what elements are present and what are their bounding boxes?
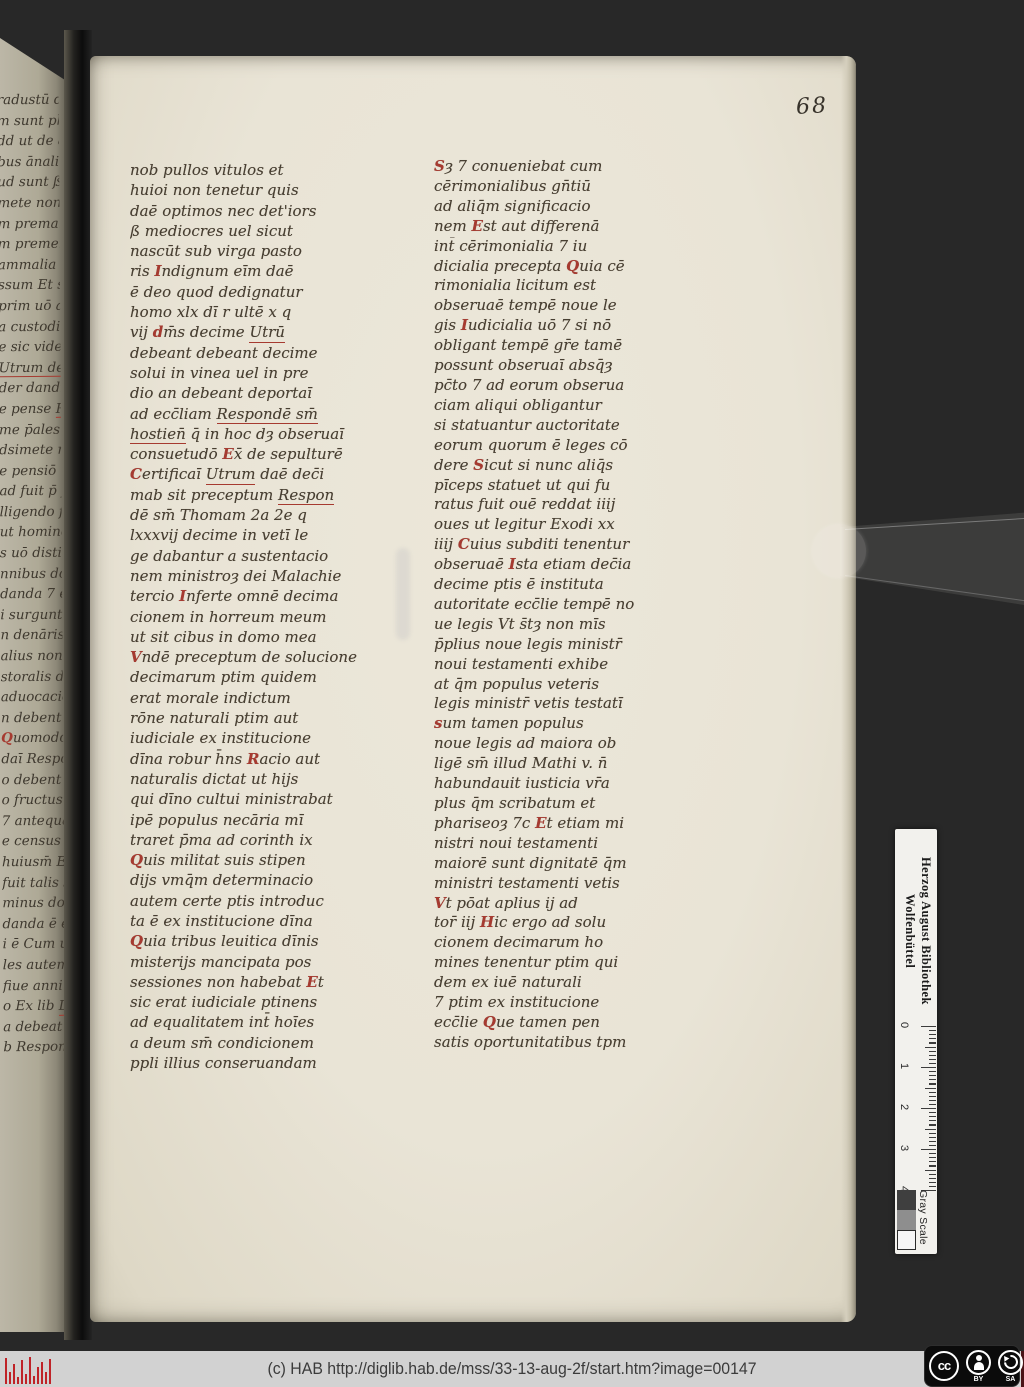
manuscript-line: ue legis Vt s̄tȝ non mīs xyxy=(434,615,714,635)
manuscript-line: hostien̄ q̄ in hoc dȝ obseruaī xyxy=(130,424,420,444)
manuscript-line: Utrum de de xyxy=(0,358,61,379)
manuscript-line: oues ut legitur Exodi xx xyxy=(434,515,714,535)
manuscript-line: s uō distinguid xyxy=(0,543,62,564)
manuscript-line: ut homines & p̄ xyxy=(0,522,62,543)
ruler-tick xyxy=(929,1157,936,1158)
cc-by-group: BY xyxy=(966,1350,991,1383)
manuscript-line: nem Est aut differenā xyxy=(434,217,714,237)
library-name-line2: Wolfenbüttel xyxy=(902,837,918,1025)
manuscript-line: ammalia ac ē xyxy=(0,255,60,276)
previous-page-edge: radustū delim sunt phalebdd ut de agnis … xyxy=(0,38,64,1332)
registration-bar xyxy=(41,1362,43,1384)
manuscript-line: m prementī xyxy=(0,234,60,255)
manuscript-line: ge dabantur a sustentacio xyxy=(130,546,420,566)
manuscript-line: fiue anni ac q̄ xyxy=(3,975,65,996)
manuscript-line: possunt obseruaī absq̄ȝ xyxy=(434,356,714,376)
manuscript-line: Sȝ 7 conueniebat cum xyxy=(434,157,714,177)
ruler-tick xyxy=(929,1034,936,1035)
page-holder-strip xyxy=(840,510,1024,642)
ruler-tick xyxy=(929,1186,936,1187)
registration-bar xyxy=(45,1372,47,1384)
registration-bar xyxy=(29,1357,31,1384)
manuscript-line: ratus fuit ouē reddat iiij xyxy=(434,495,714,515)
page-holder-tip xyxy=(812,524,866,578)
manuscript-line: ssum Et sic fue xyxy=(0,275,60,296)
book-gutter xyxy=(64,30,92,1340)
manuscript-line: i surgunt q̄a xyxy=(0,605,62,626)
manuscript-line: i ē Cum uensis xyxy=(3,934,65,955)
copyright-url-text: (c) HAB http://diglib.hab.de/mss/33-13-a… xyxy=(20,1351,1003,1387)
manuscript-line: daī Respondetur xyxy=(1,749,63,770)
library-name-label: Herzog August Bibliothek Wolfenbüttel xyxy=(898,837,934,1025)
manuscript-line: ta ē ex institucione dīna xyxy=(130,911,420,931)
manuscript-line: p̄plius noue legis ministr̄ xyxy=(434,635,714,655)
ruler-tick xyxy=(929,1145,936,1146)
manuscript-line: decime ptis ē instituta xyxy=(434,575,714,595)
ruler-tick xyxy=(929,1133,936,1134)
ruler-tick xyxy=(929,1079,936,1080)
manuscript-line: Vt pōat aplius ij ad xyxy=(434,894,714,914)
manuscript-line: les autem p̄nt xyxy=(3,955,65,976)
ruler-number: 2 xyxy=(898,1104,910,1110)
ruler-tick xyxy=(929,1182,936,1183)
manuscript-line: Quia tribus leuitica dīnis xyxy=(130,931,420,951)
manuscript-line: alius non dē xyxy=(1,646,63,667)
ruler-tick xyxy=(929,1141,936,1142)
manuscript-line: 7 antequam nd xyxy=(2,811,64,832)
manuscript-line: ad ecc̄liam Respondē sm̄ xyxy=(130,404,420,424)
ruler-scale: 01234 xyxy=(895,1026,937,1194)
manuscript-line: 7 ptim ex institucione xyxy=(434,993,714,1013)
manuscript-line: rōne naturali ptim aut xyxy=(130,708,420,728)
ruler-tick xyxy=(921,1149,936,1150)
manuscript-line: storalis de luto xyxy=(1,666,63,687)
manuscript-line: huiusm̄ Et si p̄m xyxy=(2,852,64,873)
manuscript-line: debeant debeant decime xyxy=(130,343,420,363)
manuscript-line: der dandis pū xyxy=(0,378,61,399)
manuscript-line: obseruaē tempē noue le xyxy=(434,296,714,316)
ruler-tick xyxy=(929,1153,936,1154)
ruler-tick xyxy=(929,1112,936,1113)
cc-sa-group: SA xyxy=(998,1350,1023,1383)
ruler-tick xyxy=(929,1071,936,1072)
manuscript-line: vij dm̄s decime Utrū xyxy=(130,322,420,342)
manuscript-line: consuetudō Ex̄ de sepulturē xyxy=(130,444,420,464)
ruler-tick xyxy=(929,1063,936,1064)
manuscript-line: ad aliq̄m significacio xyxy=(434,197,714,217)
ruler-tick xyxy=(929,1124,936,1125)
manuscript-line: ministri testamenti vetis xyxy=(434,874,714,894)
manuscript-line: a custodia psone xyxy=(0,316,60,337)
manuscript-line: habundauit iusticia vr̄a xyxy=(434,774,714,794)
manuscript-line: ppli illius conseruandam xyxy=(130,1053,420,1073)
ruler-tick xyxy=(929,1083,936,1084)
ruler-number: 0 xyxy=(898,1022,910,1028)
manuscript-line: tor̄ iij Hic ergo ad solu xyxy=(434,913,714,933)
ruler-tick xyxy=(921,1067,936,1068)
manuscript-line: ad equalitatem int̄ hoīes xyxy=(130,1012,420,1032)
folio-number: 68 xyxy=(795,93,828,120)
ruler-number: 1 xyxy=(898,1063,910,1069)
registration-bar xyxy=(17,1377,19,1384)
manuscript-line: iudiciale ex institucione xyxy=(130,728,420,748)
manuscript-line: huioi non tenetur quis xyxy=(130,180,420,200)
manuscript-line: o fructus prop xyxy=(2,790,64,811)
registration-bar xyxy=(21,1360,23,1384)
ruler-tick xyxy=(925,1129,936,1130)
manuscript-line: minus dom̄ina xyxy=(2,893,64,914)
manuscript-line: lxxxvij decime in vetī le xyxy=(130,525,420,545)
ruler-tick xyxy=(929,1104,936,1105)
manuscript-line: bus ānalia de xyxy=(0,152,59,173)
manuscript-line: traret p̄ma ad corinth ix xyxy=(130,830,420,850)
registration-bar xyxy=(33,1376,35,1384)
manuscript-line: prim uō a pp xyxy=(0,296,60,317)
manuscript-line: b Respondenē ē xyxy=(3,1037,65,1058)
gray-swatch xyxy=(897,1230,916,1250)
manuscript-line: iiij Cuius subditi tenentur xyxy=(434,535,714,555)
ruler-tick xyxy=(925,1170,936,1171)
registration-bar xyxy=(25,1374,27,1384)
share-alike-arrow-icon xyxy=(998,1350,1023,1375)
registration-bar xyxy=(13,1364,15,1384)
manuscript-line: gis Iudicialia uō 7 si nō xyxy=(434,316,714,336)
manuscript-line: me p̄ales deȝ xyxy=(0,419,61,440)
manuscript-line: ciam aliqui obligantur xyxy=(434,396,714,416)
ruler-tick xyxy=(929,1055,936,1056)
manuscript-line: misterijs mancipata pos xyxy=(130,952,420,972)
ruler-tick xyxy=(929,1116,936,1117)
cc-license-badge: cc BY SA xyxy=(924,1345,1020,1387)
manuscript-line: nnibus dc̄ia xyxy=(0,563,62,584)
ruler-tick xyxy=(929,1120,936,1121)
manuscript-line: n debent ex pos xyxy=(1,708,63,729)
manuscript-line: aduocacionis sm̄ xyxy=(1,687,63,708)
ruler-tick xyxy=(929,1096,936,1097)
registration-bar xyxy=(5,1358,7,1384)
gray-swatch xyxy=(897,1190,916,1210)
registration-bar xyxy=(37,1367,39,1384)
manuscript-line: eorum quorum ē leges cō xyxy=(434,436,714,456)
manuscript-line: obligant tempē gr̄e tamē xyxy=(434,336,714,356)
manuscript-line: sic erat iudiciale ptinens xyxy=(130,992,420,1012)
manuscript-line: dijs vmq̄m determinacio xyxy=(130,870,420,890)
registration-mark xyxy=(5,1354,51,1384)
manuscript-line: cērimonialibus gn̄tiū xyxy=(434,177,714,197)
manuscript-line: phariseoȝ 7c Et etiam mi xyxy=(434,814,714,834)
color-ruler-card: Herzog August Bibliothek Wolfenbüttel 01… xyxy=(895,829,937,1254)
manuscript-line: dsimete non dē xyxy=(0,440,61,461)
manuscript-line: o Ex lib Dec̄ xyxy=(3,996,65,1017)
manuscript-line: nob pullos vitulos et xyxy=(130,160,420,180)
by-label: BY xyxy=(974,1376,984,1383)
attribution-person-icon xyxy=(966,1350,991,1375)
manuscript-line: dē sm̄ Thomam 2a 2e q xyxy=(130,505,420,525)
manuscript-line: int̄ cērimonialia 7 iu xyxy=(434,237,714,257)
manuscript-line: dere Sicut si nunc aliq̄s xyxy=(434,456,714,476)
manuscript-line: ipē populus necāria mī xyxy=(130,810,420,830)
page-edge-stack xyxy=(841,56,856,1322)
manuscript-line: e sic videmur ē xyxy=(0,337,60,358)
manuscript-line: ut sit cibus in domo mea xyxy=(130,627,420,647)
manuscript-line: Vndē preceptum de solucione xyxy=(130,647,420,667)
text-column-right: Sȝ 7 conueniebat cumcērimonialibus gn̄ti… xyxy=(434,157,714,1053)
manuscript-line: autoritate ecc̄lie tempē no xyxy=(434,595,714,615)
manuscript-line: mab sit preceptum Respon xyxy=(130,485,420,505)
manuscript-line: tercio Inferte omnē decima xyxy=(130,586,420,606)
ruler-tick xyxy=(929,1051,936,1052)
manuscript-line: lligendo fit ē xyxy=(0,502,62,523)
manuscript-line: nistri noui testamenti xyxy=(434,834,714,854)
manuscript-line: autem certe ptis introduc xyxy=(130,891,420,911)
manuscript-line: o debent daī sm̄ xyxy=(1,769,63,790)
manuscript-line: pc̄to 7 ad eorum obserua xyxy=(434,376,714,396)
manuscript-line: mete non q̄m xyxy=(0,193,59,214)
registration-bar xyxy=(9,1372,11,1384)
ruler-tick xyxy=(929,1092,936,1093)
manuscript-line: ris Indignum eīm daē xyxy=(130,261,420,281)
manuscript-line: solui in vinea uel in pre xyxy=(130,363,420,383)
ruler-tick xyxy=(929,1174,936,1175)
ruler-tick xyxy=(929,1165,936,1166)
manuscript-line: e pense Respon xyxy=(0,399,61,420)
ruler-tick xyxy=(929,1042,936,1043)
ruler-number: 3 xyxy=(898,1145,910,1151)
manuscript-line: ecc̄lie Que tamen pen xyxy=(434,1013,714,1033)
manuscript-line: Certificaī Utrum daē dec̄i xyxy=(130,464,420,484)
manuscript-line: cionem decimarum ho xyxy=(434,933,714,953)
manuscript-line: dio an debeant deportaī xyxy=(130,383,420,403)
ruler-tick xyxy=(921,1108,936,1109)
manuscript-line: danda 7 ē q̄ xyxy=(0,584,62,605)
manuscript-line: legis ministr̄ vetis testatī xyxy=(434,694,714,714)
manuscript-line: plus q̄m scribatum et xyxy=(434,794,714,814)
scan-viewport: radustū delim sunt phalebdd ut de agnis … xyxy=(0,0,1024,1387)
manuscript-line: e census uel tbī xyxy=(2,831,64,852)
registration-bar xyxy=(49,1359,51,1384)
manuscript-line: a debeat daī p̄ xyxy=(3,1016,65,1037)
ruler-tick xyxy=(929,1178,936,1179)
manuscript-line: a deum sm̄ condicionem xyxy=(130,1033,420,1053)
manuscript-line: ligē sm̄ illud Mathi v. n̄ xyxy=(434,754,714,774)
manuscript-line: Quis militat suis stipen xyxy=(130,850,420,870)
cc-logo-icon: cc xyxy=(929,1351,959,1381)
manuscript-line: sum tamen populus xyxy=(434,714,714,734)
manuscript-line: pīceps statuet ut qui fu xyxy=(434,476,714,496)
manuscript-line: satis oportunitatibus tpm xyxy=(434,1033,714,1053)
ruler-tick xyxy=(929,1161,936,1162)
manuscript-line: rimonialia licitum est xyxy=(434,276,714,296)
manuscript-line: obseruaē Ista etiam dec̄ia xyxy=(434,555,714,575)
manuscript-line: maiorē sunt dignitatē q̄m xyxy=(434,854,714,874)
manuscript-line: radustū deli xyxy=(0,90,59,111)
ruler-tick xyxy=(929,1038,936,1039)
ruler-tick xyxy=(929,1100,936,1101)
manuscript-line: e pensiō nec eū xyxy=(0,460,61,481)
manuscript-line: danda ē et ē t̄m xyxy=(2,914,64,935)
manuscript-line: dicialia precepta Quia cē xyxy=(434,257,714,277)
manuscript-line: cionem in horreum meum xyxy=(130,607,420,627)
ruler-tick xyxy=(929,1075,936,1076)
gray-scale-label: Gray Scale xyxy=(917,1190,929,1252)
manuscript-line: at q̄m populus veteris xyxy=(434,675,714,695)
manuscript-line: fuit talis s̄piam xyxy=(2,872,64,893)
manuscript-line: noue legis ad maiora ob xyxy=(434,734,714,754)
ruler-tick xyxy=(925,1047,936,1048)
manuscript-line: daē optimos nec det'iors xyxy=(130,201,420,221)
manuscript-line: mines tenentur ptim qui xyxy=(434,953,714,973)
manuscript-line: ē deo quod dedignatur xyxy=(130,282,420,302)
ruler-tick xyxy=(929,1137,936,1138)
manuscript-line: ß mediocres uel sicut xyxy=(130,221,420,241)
manuscript-line: naturalis dictat ut hijs xyxy=(130,769,420,789)
manuscript-line: nem ministroȝ dei Malachie xyxy=(130,566,420,586)
manuscript-line: dem ex iuē naturali xyxy=(434,973,714,993)
manuscript-line: m premant ß xyxy=(0,213,60,234)
manuscript-line: noui testamenti exhibe xyxy=(434,655,714,675)
manuscript-line: sessiones non habebat Et xyxy=(130,972,420,992)
manuscript-line: Quomodo debent xyxy=(1,728,63,749)
sa-label: SA xyxy=(1006,1376,1016,1383)
manuscript-line: ud sunt ß ß hi xyxy=(0,172,59,193)
gray-scale-patch: Gray Scale xyxy=(897,1190,935,1252)
ruler-tick xyxy=(921,1026,936,1027)
manuscript-line: decimarum ptim quidem xyxy=(130,667,420,687)
ruler-tick xyxy=(929,1030,936,1031)
library-name-line1: Herzog August Bibliothek xyxy=(918,837,934,1025)
previous-page-text-fragments: radustū delim sunt phalebdd ut de agnis … xyxy=(0,90,65,1058)
text-column-left: nob pullos vitulos ethuioi non tenetur q… xyxy=(130,160,420,1073)
manuscript-line: m sunt phaleb xyxy=(0,110,59,131)
manuscript-line: dd ut de agnis v xyxy=(0,131,59,152)
manuscript-line: qui dīno cultui ministrabat xyxy=(130,789,420,809)
manuscript-line: erat morale indictum xyxy=(130,688,420,708)
manuscript-line: ad fuit p̄ firum xyxy=(0,481,61,502)
footer-bar: (c) HAB http://diglib.hab.de/mss/33-13-a… xyxy=(0,1351,1024,1387)
manuscript-line: homo xlx dī r ultē x q xyxy=(130,302,420,322)
ruler-tick xyxy=(925,1088,936,1089)
manuscript-page: 68 nob pullos vitulos ethuioi non tenetu… xyxy=(90,56,856,1322)
manuscript-line: si statuantur auctoritate xyxy=(434,416,714,436)
manuscript-line: nascūt sub virga pasto xyxy=(130,241,420,261)
manuscript-line: n denāris deduī xyxy=(0,625,62,646)
ink-bleed-mark xyxy=(396,548,410,640)
ruler-tick xyxy=(929,1059,936,1060)
gray-swatch xyxy=(897,1210,916,1230)
manuscript-line: dīna robur h̄ns Racio aut xyxy=(130,749,420,769)
